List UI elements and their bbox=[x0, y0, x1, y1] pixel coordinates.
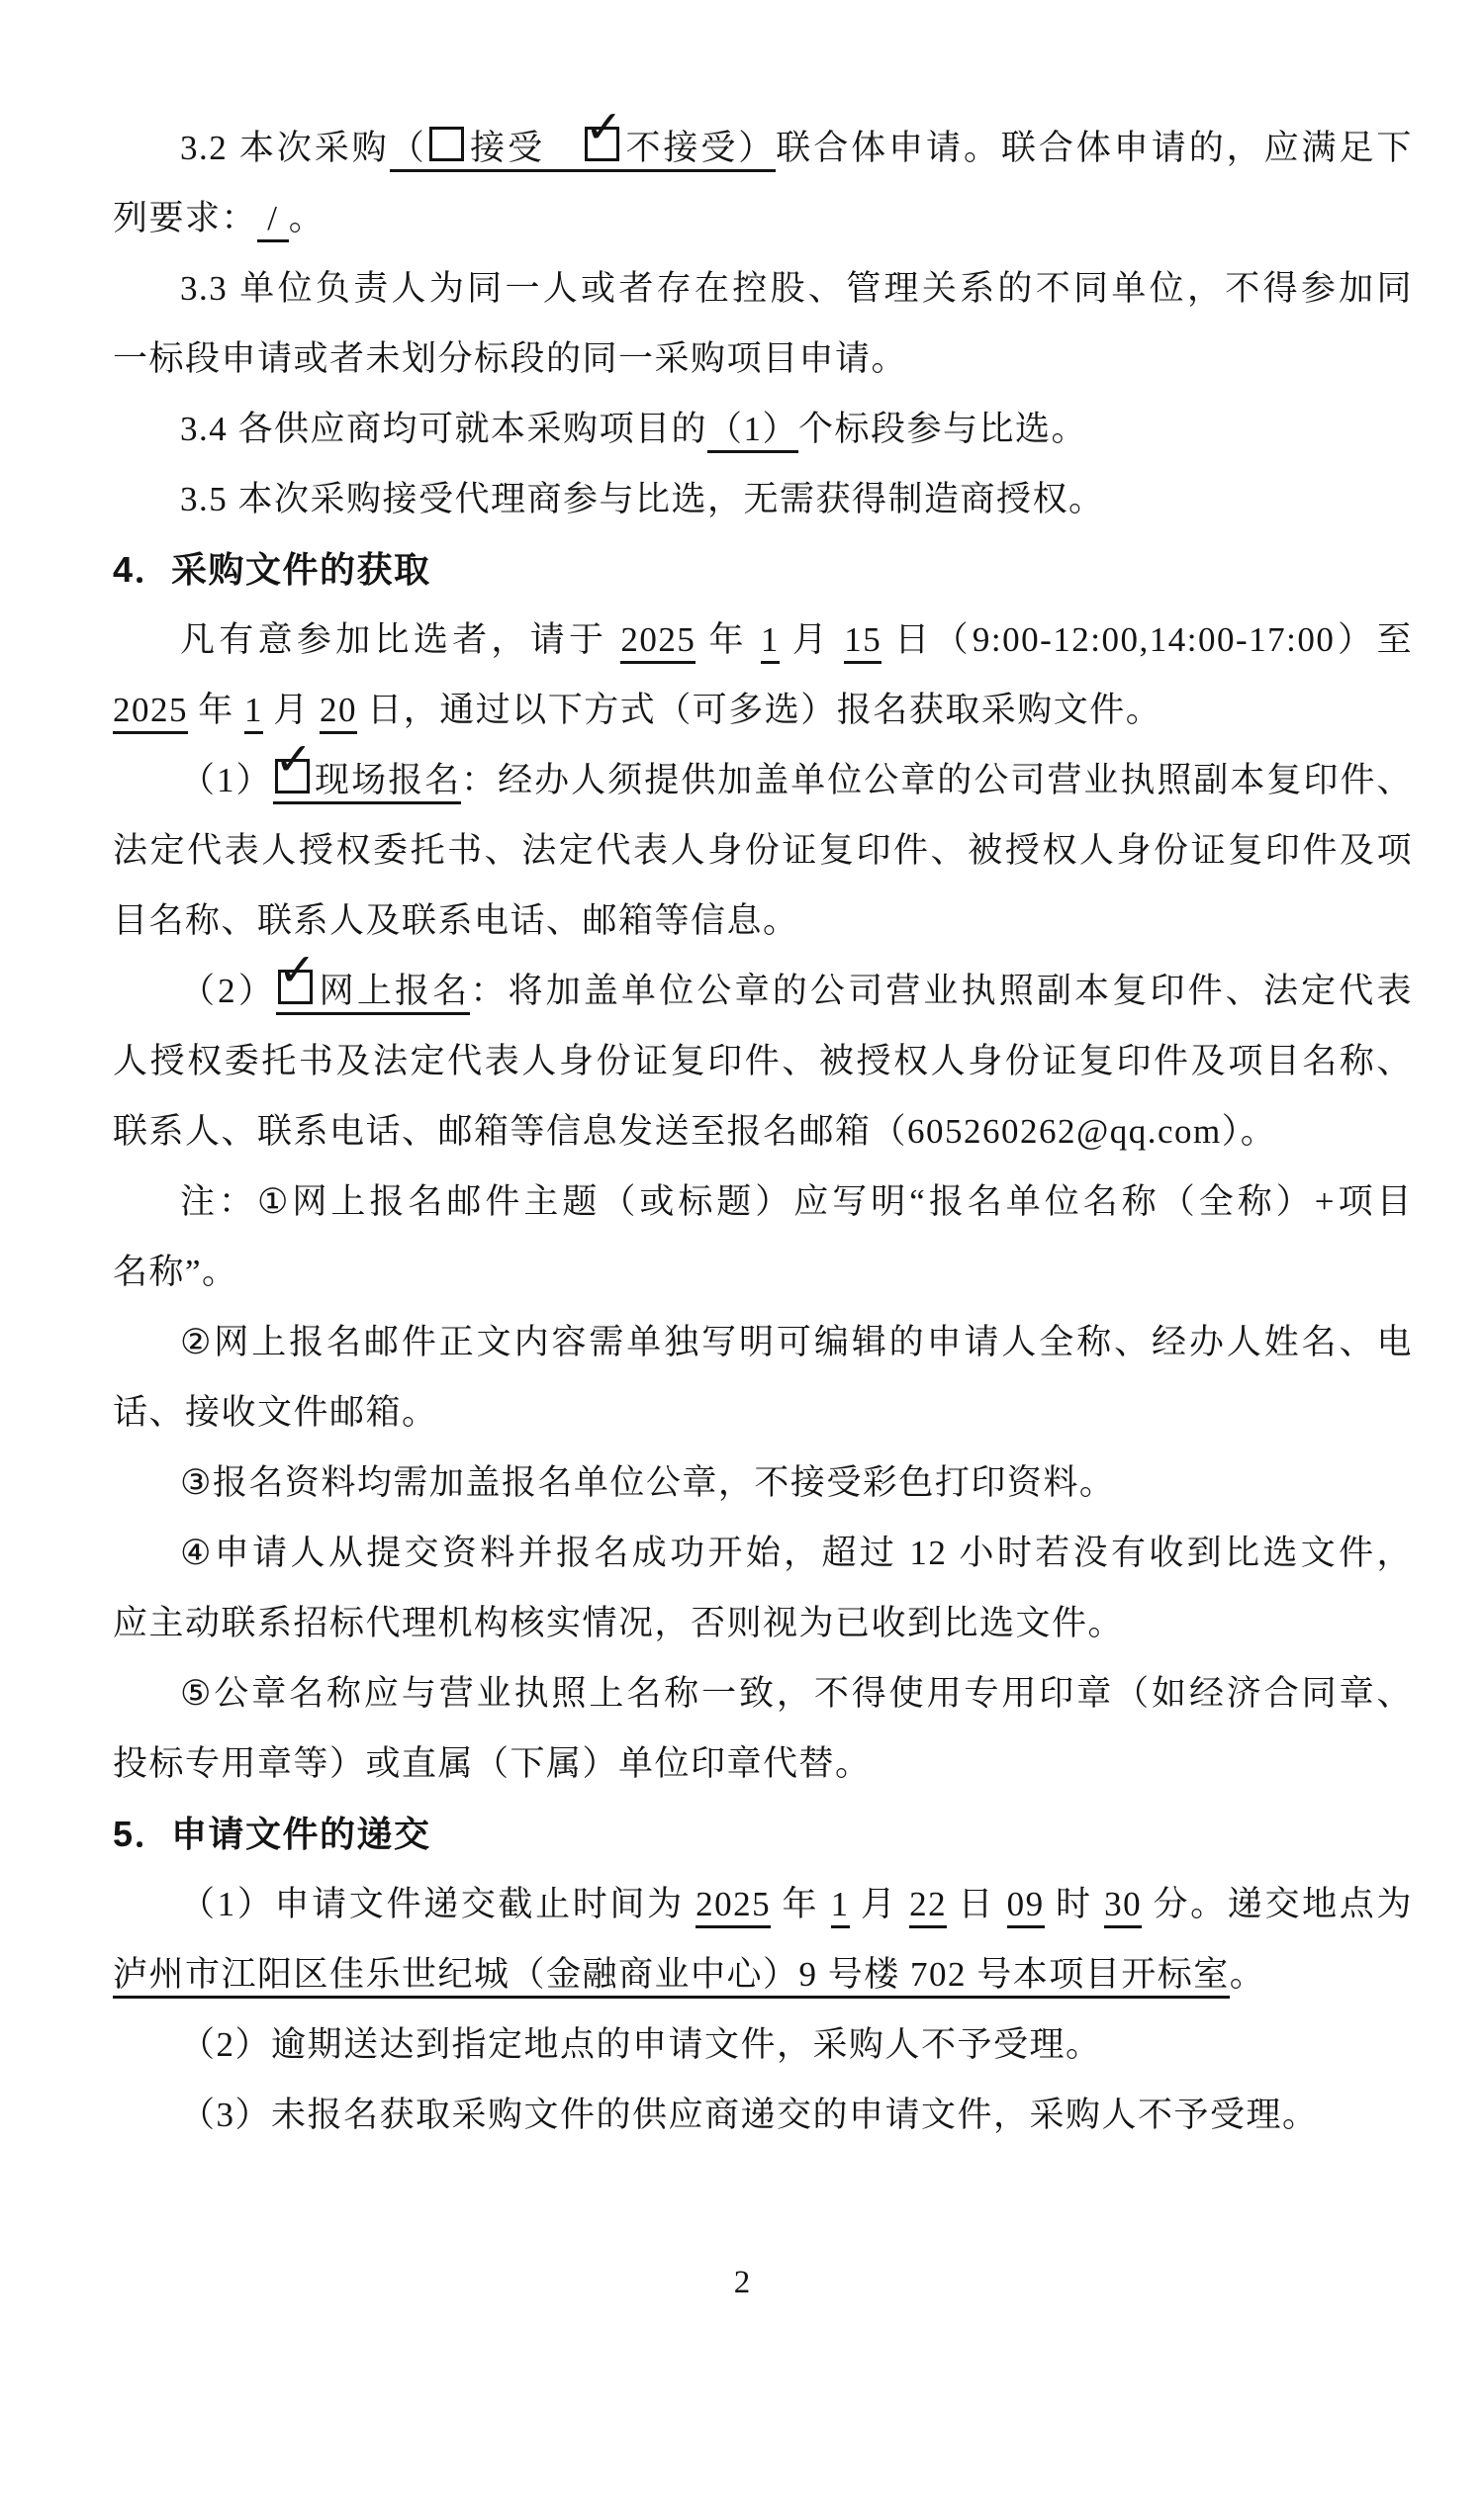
text-run: ：经办人须提供加盖单位公章的公司营业执照副本复印件、 bbox=[461, 761, 1413, 799]
underlined-run: 20 bbox=[320, 691, 357, 734]
underlined-run: 现场报名 bbox=[315, 761, 462, 804]
section-4-intro-line-1: 凡有意参加比选者，请于 2025 年 1 月 15 日（9:00-12:00,1… bbox=[113, 605, 1413, 675]
item-5-1-line-2: 泸州市江阳区佳乐世纪城（金融商业中心）9 号楼 702 号本项目开标室。 bbox=[113, 1939, 1413, 2009]
clause-3-3-line-2: 一标段申请或者未划分标段的同一采购项目申请。 bbox=[113, 324, 1413, 394]
note-4-line-1: ④申请人从提交资料并报名成功开始，超过 12 小时若没有收到比选文件， bbox=[113, 1518, 1413, 1588]
text-run: 应主动联系招标代理机构核实情况，否则视为已收到比选文件。 bbox=[113, 1604, 1124, 1642]
page-number: 2 bbox=[0, 2248, 1484, 2318]
note-3: ③报名资料均需加盖报名单位公章，不接受彩色打印资料。 bbox=[113, 1447, 1413, 1518]
heading-4: 4．采购文件的获取 bbox=[113, 534, 1413, 605]
item-5-2: （2）逾期送达到指定地点的申请文件，采购人不予受理。 bbox=[113, 2009, 1413, 2080]
text-run: 个标段参与比选。 bbox=[798, 410, 1087, 448]
underlined-run: 30 bbox=[1104, 1885, 1142, 1928]
text-run: 年 bbox=[696, 620, 760, 659]
item-2-online-line-1: （2）网上报名：将加盖单位公章的公司营业执照副本复印件、法定代表 bbox=[113, 956, 1413, 1026]
text-run: 联合体申请。联合体申请的，应满足下 bbox=[776, 129, 1413, 167]
underlined-run: 泸州市江阳区佳乐世纪城（金融商业中心）9 号楼 702 号本项目开标室 bbox=[113, 1955, 1230, 1999]
text-run: （2） bbox=[180, 972, 276, 1010]
underlined-run: 网上报名 bbox=[318, 972, 470, 1015]
note-2-line-1: ②网上报名邮件正文内容需单独写明可编辑的申请人全称、经办人姓名、电 bbox=[113, 1307, 1413, 1377]
checkbox-wrapper bbox=[427, 129, 469, 172]
text-run: ③报名资料均需加盖报名单位公章，不接受彩色打印资料。 bbox=[180, 1463, 1115, 1502]
text-run: 4．采购文件的获取 bbox=[113, 549, 431, 590]
text-run: 联系人、联系电话、邮箱等信息发送至报名邮箱（605260262@qq.com）。 bbox=[113, 1112, 1276, 1151]
text-run: ⑤公章名称应与营业执照上名称一致，不得使用专用印章（如经济合同章、 bbox=[180, 1674, 1413, 1713]
clause-3-3-line-1: 3.3 单位负责人为同一人或者存在控股、管理关系的不同单位，不得参加同 bbox=[113, 253, 1413, 324]
text-run: （1）申请文件递交截止时间为 bbox=[180, 1885, 696, 1923]
text-run: 注：①网上报名邮件主题（或标题）应写明“报名单位名称（全称）+项目 bbox=[180, 1182, 1413, 1221]
checkbox-checked-icon bbox=[585, 127, 619, 161]
underlined-run: 1 bbox=[761, 620, 780, 664]
text-run: 。 bbox=[289, 199, 325, 237]
item-5-1-line-1: （1）申请文件递交截止时间为 2025 年 1 月 22 日 09 时 30 分… bbox=[113, 1869, 1413, 1939]
text-run: 列要求： bbox=[113, 199, 257, 237]
heading-5: 5．申请文件的递交 bbox=[113, 1799, 1413, 1869]
text-run: 3.2 本次采购 bbox=[180, 129, 390, 167]
item-5-3: （3）未报名获取采购文件的供应商递交的申请文件，采购人不予受理。 bbox=[113, 2080, 1413, 2150]
underlined-run: 2025 bbox=[620, 620, 696, 664]
item-1-onsite-line-1: （1）现场报名：经办人须提供加盖单位公章的公司营业执照副本复印件、 bbox=[113, 745, 1413, 815]
underlined-run: / bbox=[257, 199, 289, 242]
clause-3-2-line-2: 列要求： / 。 bbox=[113, 183, 1413, 253]
checkbox-wrapper bbox=[273, 761, 315, 804]
text-run: 3.4 各供应商均可就本采购项目的 bbox=[180, 410, 707, 448]
text-run: 日，通过以下方式（可多选）报名获取采购文件。 bbox=[357, 691, 1161, 729]
text-run: 法定代表人授权委托书、法定代表人身份证复印件、被授权人身份证复印件及项 bbox=[113, 831, 1413, 870]
note-2-line-2: 话、接收文件邮箱。 bbox=[113, 1377, 1413, 1447]
note-4-line-2: 应主动联系招标代理机构核实情况，否则视为已收到比选文件。 bbox=[113, 1588, 1413, 1658]
clause-3-4: 3.4 各供应商均可就本采购项目的（1）个标段参与比选。 bbox=[113, 394, 1413, 464]
checkbox-checked-icon bbox=[278, 970, 313, 1004]
text-run: 月 bbox=[850, 1885, 909, 1923]
underlined-run: （1） bbox=[707, 410, 798, 453]
underlined-run: （ bbox=[390, 129, 427, 172]
text-run: 凡有意参加比选者，请于 bbox=[180, 620, 620, 659]
note-5-line-1: ⑤公章名称应与营业执照上名称一致，不得使用专用印章（如经济合同章、 bbox=[113, 1658, 1413, 1728]
underlined-run: 1 bbox=[244, 691, 263, 734]
text-run: 人授权委托书及法定代表人身份证复印件、被授权人身份证复印件及项目名称、 bbox=[113, 1042, 1413, 1080]
text-run: ④申请人从提交资料并报名成功开始，超过 12 小时若没有收到比选文件， bbox=[180, 1534, 1413, 1572]
item-1-onsite-line-2: 法定代表人授权委托书、法定代表人身份证复印件、被授权人身份证复印件及项 bbox=[113, 815, 1413, 886]
text-run: ：将加盖单位公章的公司营业执照副本复印件、法定代表 bbox=[470, 972, 1413, 1010]
underlined-run: 22 bbox=[909, 1885, 947, 1928]
note-5-line-2: 投标专用章等）或直属（下属）单位印章代替。 bbox=[113, 1728, 1413, 1799]
underlined-run: 09 bbox=[1007, 1885, 1045, 1928]
text-run: 年 bbox=[771, 1885, 830, 1923]
text-run: 月 bbox=[780, 620, 844, 659]
underlined-run: 接受 bbox=[469, 129, 583, 172]
text-run: 日（9:00-12:00,14:00-17:00）至 bbox=[881, 620, 1413, 659]
underlined-run: 15 bbox=[844, 620, 881, 664]
text-run: （1） bbox=[180, 761, 273, 799]
note-1-line-2: 名称”。 bbox=[113, 1237, 1413, 1307]
underlined-run: 2025 bbox=[696, 1885, 771, 1928]
text-run: 年 bbox=[188, 691, 244, 729]
text-run: 目名称、联系人及联系电话、邮箱等信息。 bbox=[113, 901, 799, 940]
text-run: 投标专用章等）或直属（下属）单位印章代替。 bbox=[113, 1744, 872, 1783]
text-run: （2）逾期送达到指定地点的申请文件，采购人不予受理。 bbox=[180, 2025, 1102, 2064]
text-run: 3.3 单位负责人为同一人或者存在控股、管理关系的不同单位，不得参加同 bbox=[180, 269, 1413, 308]
text-run: 一标段申请或者未划分标段的同一采购项目申请。 bbox=[113, 339, 907, 378]
checkbox-checked-icon bbox=[275, 759, 310, 793]
note-1-line-1: 注：①网上报名邮件主题（或标题）应写明“报名单位名称（全称）+项目 bbox=[113, 1167, 1413, 1237]
underlined-run: 1 bbox=[831, 1885, 850, 1928]
checkbox-empty-icon bbox=[429, 127, 464, 161]
text-run: 日 bbox=[947, 1885, 1006, 1923]
underlined-run: 2025 bbox=[113, 691, 188, 734]
text-run: 月 bbox=[263, 691, 320, 729]
text-run: ②网上报名邮件正文内容需单独写明可编辑的申请人全称、经办人姓名、电 bbox=[180, 1323, 1413, 1361]
document-content: 3.2 本次采购（接受 不接受）联合体申请。联合体申请的，应满足下列要求： / … bbox=[113, 113, 1413, 2150]
clause-3-2-line-1: 3.2 本次采购（接受 不接受）联合体申请。联合体申请的，应满足下 bbox=[113, 113, 1413, 183]
document-page: 3.2 本次采购（接受 不接受）联合体申请。联合体申请的，应满足下列要求： / … bbox=[0, 0, 1484, 2520]
text-run: 。 bbox=[1230, 1955, 1266, 1994]
text-run: 5．申请文件的递交 bbox=[113, 1814, 431, 1854]
underlined-run: 不接受） bbox=[624, 129, 776, 172]
text-run: 名称”。 bbox=[113, 1253, 238, 1291]
checkbox-wrapper bbox=[276, 972, 318, 1015]
text-run: 分。递交地点为 bbox=[1142, 1885, 1413, 1923]
text-run: 话、接收文件邮箱。 bbox=[113, 1393, 438, 1432]
item-2-online-line-3: 联系人、联系电话、邮箱等信息发送至报名邮箱（605260262@qq.com）。 bbox=[113, 1096, 1413, 1167]
text-run: 3.5 本次采购接受代理商参与比选，无需获得制造商授权。 bbox=[180, 480, 1105, 518]
text-run: 时 bbox=[1045, 1885, 1104, 1923]
text-run: （3）未报名获取采购文件的供应商递交的申请文件，采购人不予受理。 bbox=[180, 2096, 1319, 2134]
checkbox-wrapper bbox=[583, 129, 624, 172]
item-2-online-line-2: 人授权委托书及法定代表人身份证复印件、被授权人身份证复印件及项目名称、 bbox=[113, 1026, 1413, 1096]
clause-3-5: 3.5 本次采购接受代理商参与比选，无需获得制造商授权。 bbox=[113, 464, 1413, 534]
